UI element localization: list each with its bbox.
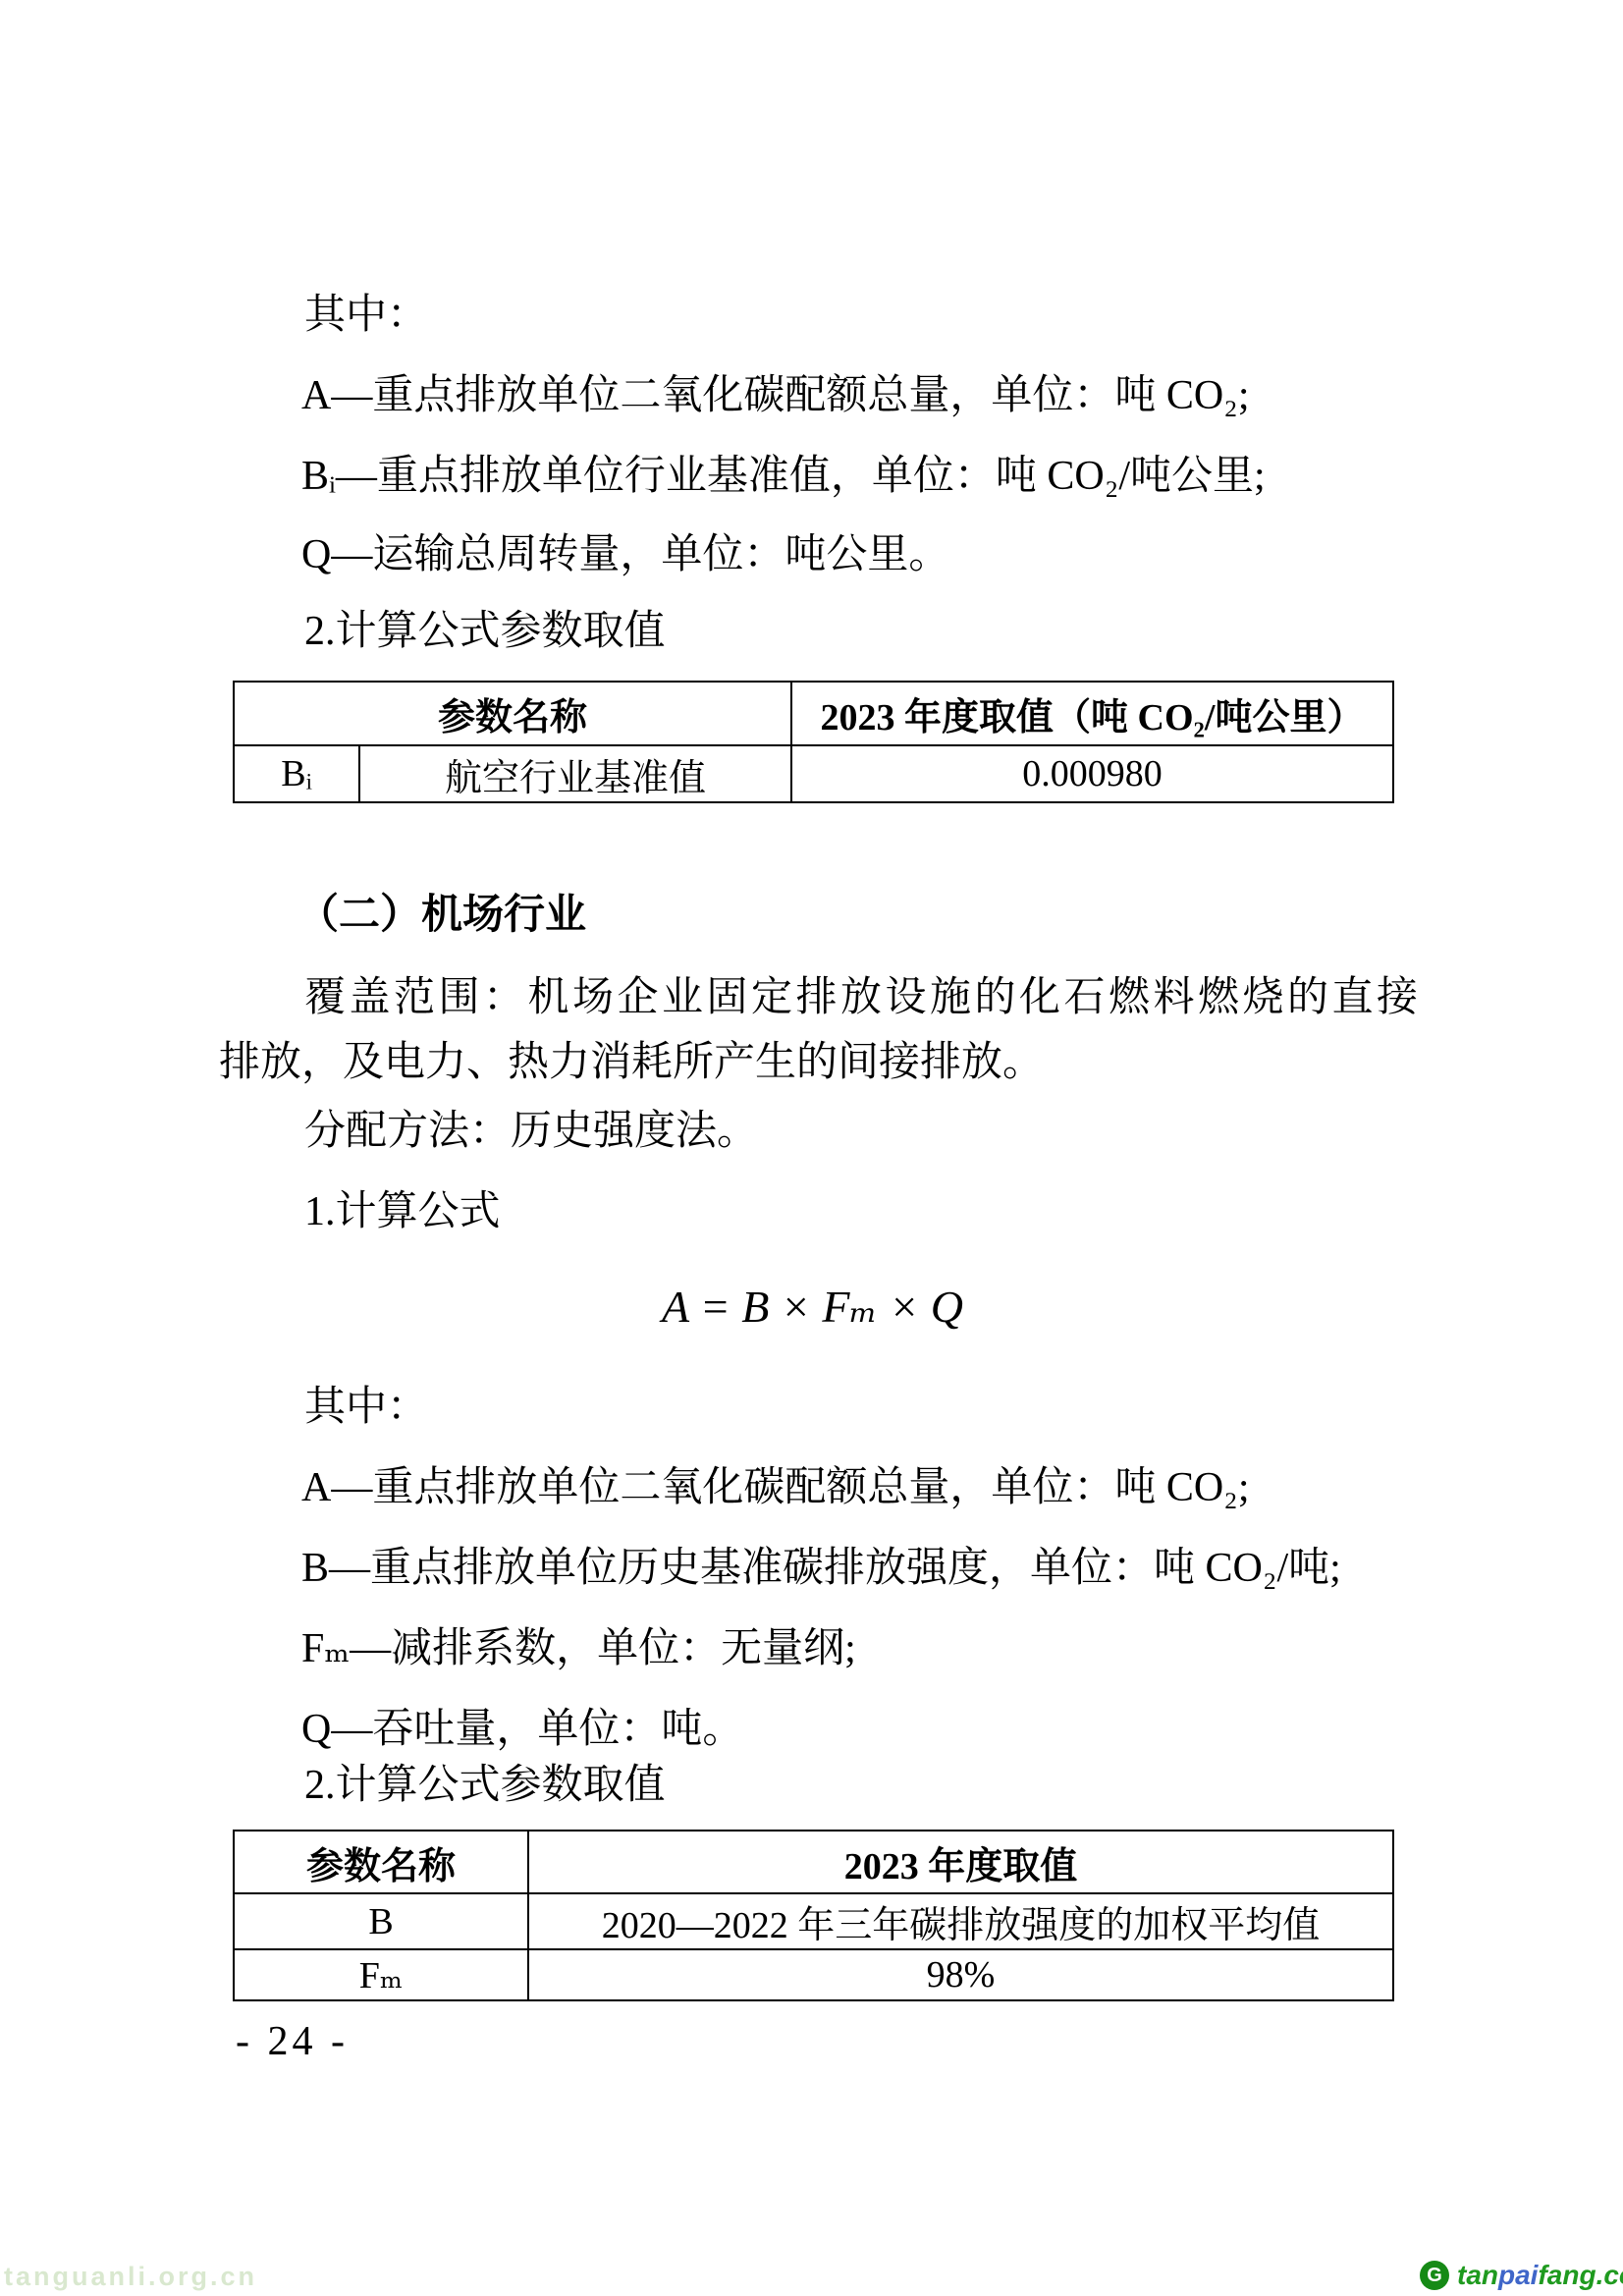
section-heading-airport: （二）机场行业 <box>298 892 586 939</box>
definition-b: B—重点排放单位历史基准碳排放强度，单位：吨 CO₂/吨; <box>301 1545 1341 1592</box>
definition-a-2: A—重点排放单位二氧化碳配额总量，单位：吨 CO₂; <box>301 1464 1250 1511</box>
table-row: Bᵢ 航空行业基准值 0.000980 <box>234 745 1393 802</box>
header-2023-value: 2023 年度取值 <box>528 1831 1393 1893</box>
params-title-2: 2.计算公式参数取值 <box>304 1762 666 1809</box>
params-title-1: 2.计算公式参数取值 <box>304 608 666 655</box>
definition-q-2: Q—吞吐量，单位：吨。 <box>301 1706 743 1753</box>
definition-q-1: Q—运输总周转量，单位：吨公里。 <box>301 531 949 578</box>
document-page: 其中： A—重点排放单位二氧化碳配额总量，单位：吨 CO₂; Bᵢ—重点排放单位… <box>0 0 1623 2296</box>
watermark-tanguanli: tanguanli.org.cn <box>4 2262 257 2292</box>
tanpaifang-logo: G tanpaifang.com <box>1420 2260 1623 2291</box>
cell-symbol: B <box>234 1893 528 1949</box>
airport-params-table: 参数名称 2023 年度取值 B 2020—2022 年三年碳排放强度的加权平均… <box>233 1830 1394 2001</box>
definition-bi: Bᵢ—重点排放单位行业基准值，单位：吨 CO₂/吨公里; <box>301 453 1266 500</box>
aviation-benchmark-table: 参数名称 2023 年度取值（吨 CO₂/吨公里） Bᵢ 航空行业基准值 0.0… <box>233 681 1394 803</box>
tanpaifang-logo-text: tanpaifang.com <box>1457 2260 1623 2291</box>
cell-value: 0.000980 <box>791 745 1393 802</box>
cell-value: 98% <box>528 1949 1393 2000</box>
allocation-formula: A = B × Fₘ × Q <box>233 1280 1392 1333</box>
table-header-row: 参数名称 2023 年度取值 <box>234 1831 1393 1893</box>
where-label-1: 其中： <box>304 292 428 339</box>
cell-param-name: 航空行业基准值 <box>359 745 791 802</box>
page-number: - 24 - <box>236 2018 349 2065</box>
cell-value: 2020—2022 年三年碳排放强度的加权平均值 <box>528 1893 1393 1949</box>
definition-fm: Fₘ—减排系数，单位：无量纲; <box>301 1625 856 1672</box>
scope-line-1: 覆盖范围：机场企业固定排放设施的化石燃料燃烧的直接 <box>304 974 1422 1021</box>
where-label-2: 其中： <box>304 1384 428 1431</box>
logo-part-tan: tan <box>1457 2260 1498 2290</box>
tanpaifang-logo-icon: G <box>1420 2261 1449 2290</box>
definition-a-1: A—重点排放单位二氧化碳配额总量，单位：吨 CO₂; <box>301 372 1250 419</box>
method-line: 分配方法：历史强度法。 <box>304 1108 758 1155</box>
logo-part-pai: pai <box>1498 2260 1538 2290</box>
cell-symbol: Fₘ <box>234 1949 528 2000</box>
table-header-row: 参数名称 2023 年度取值（吨 CO₂/吨公里） <box>234 682 1393 745</box>
header-param-name: 参数名称 <box>234 1831 528 1893</box>
logo-part-fang: fang.com <box>1538 2260 1623 2290</box>
cell-symbol: Bᵢ <box>234 745 359 802</box>
header-2023-value: 2023 年度取值（吨 CO₂/吨公里） <box>791 682 1393 745</box>
table-row: B 2020—2022 年三年碳排放强度的加权平均值 <box>234 1893 1393 1949</box>
formula-title: 1.计算公式 <box>304 1188 501 1235</box>
header-param-name: 参数名称 <box>234 682 791 745</box>
scope-line-2: 排放，及电力、热力消耗所产生的间接排放。 <box>219 1039 1044 1086</box>
table-row: Fₘ 98% <box>234 1949 1393 2000</box>
